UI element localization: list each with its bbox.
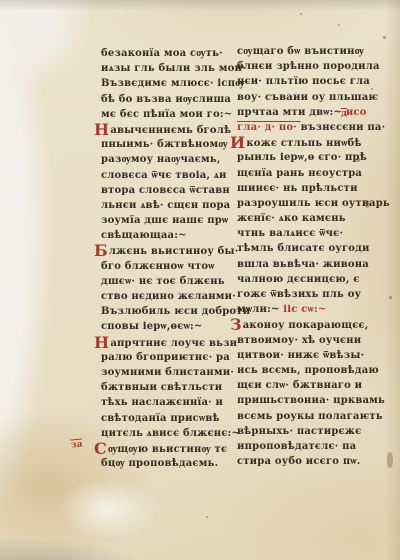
manuscript-line: Възлюбиль ѥси доброти (94, 304, 230, 319)
manuscript-line: свѣщающаа:~ (94, 228, 230, 243)
manuscript-line: щєи слѡ· бжтвнаго и (230, 378, 380, 393)
manuscript-line: мє бєс пѣнїа мои го:~ (94, 107, 230, 122)
manuscript-line: Икожє стльпь ниѡбѣ (230, 135, 380, 150)
manuscript-line: зоумними блистанми· (94, 365, 230, 380)
foxing-spot (389, 296, 392, 299)
manuscript-line: бцѹ проповѣдаємь. (94, 456, 230, 471)
foxing-spot (383, 36, 386, 39)
manuscript-line: пришьствониа· црквамь (230, 393, 380, 408)
foxing-spot (350, 432, 352, 434)
text-column-right: сѹщаго бѡ въистинѹблнєи зрѣнно породилан… (230, 44, 380, 469)
manuscript-line: разроушиль ѥси оутварь (230, 196, 380, 211)
manuscript-line: прчтаа мти двѡ:~ исо (230, 105, 380, 120)
manuscript-line: гожє ѿвѣзихь пль оу (230, 287, 380, 302)
manuscript-line: стира оубо исєго пѡ. (230, 454, 380, 469)
foxing-spot (300, 13, 302, 15)
manuscript-line: жєнїє· ѧко камєнь (230, 211, 380, 226)
foxing-spot (356, 158, 360, 162)
foxing-spot (371, 88, 373, 90)
manuscript-line: Сѹщѹю вьистинѹ тє (94, 441, 230, 456)
manuscript-page: безаконїа моа сѹть·иѧзы гль были зль мои… (0, 0, 400, 560)
manuscript-line: сѹщаго бѡ въистинѹ (230, 44, 380, 59)
foxing-spot (338, 24, 340, 26)
manuscript-line: бжтвныи свѣтльсти (94, 380, 230, 395)
manuscript-line: вѣрныхь· пастирєжє (230, 424, 380, 439)
manuscript-line: тѣхь наслажєннїа· и (94, 395, 230, 410)
manuscript-line: вшла вьвѣча· живона (230, 257, 380, 272)
manuscript-line: тѣмль блисатє оугоди (230, 241, 380, 256)
manuscript-line: льнєи ѧвѣ· сщєн пора (94, 198, 230, 213)
manuscript-line: воу· съваии оу пльшаѥ (230, 90, 380, 105)
zachalo-margin-mark: за (71, 439, 84, 450)
manuscript-line: цитвои· нижє ѿвѣзы· (230, 348, 380, 363)
manuscript-line: цитєль ѧвисє блжєнє:~ (94, 426, 230, 441)
manuscript-line: свѣтоданїа присѡвѣ (94, 411, 230, 426)
manuscript-line: пныимь· бжтвѣномѹ (94, 137, 230, 152)
foxing-spot (206, 516, 208, 518)
manuscript-line: Навычєнниємь бголѣ (94, 122, 230, 137)
manuscript-line: бѣ бо възва иѹслиша (94, 92, 230, 107)
manuscript-line: чалною дєсницєю, є (230, 272, 380, 287)
ink-smudge (365, 200, 370, 208)
manuscript-line: гла· д· по· възнєсєни па· (230, 120, 380, 135)
manuscript-photo: безаконїа моа сѹть·иѧзы гль были зль мои… (0, 0, 400, 560)
manuscript-line: зоумїа дшє нашє прѡ (94, 213, 230, 228)
manuscript-line: Законоу покарающєє, (230, 317, 380, 332)
manuscript-line: Блжєнь вьистиноу бы· (94, 243, 230, 258)
manuscript-line: втвоимоу· хѣ оучєни (230, 333, 380, 348)
manuscript-line: блнєи зрѣнно породила (230, 59, 380, 74)
manuscript-line: шинєє· нь прѣльсти (230, 181, 380, 196)
text-column-left: безаконїа моа сѹть·иѧзы гль были зль мои… (94, 46, 230, 471)
manuscript-line: ралю бгоприѥтнє· ра (94, 350, 230, 365)
manuscript-line: словєса ѿчє твоіа, ѧи (94, 168, 230, 183)
chapter-number-mark: д (341, 109, 347, 119)
manuscript-line: безаконїа моа сѹть· (94, 46, 230, 61)
manuscript-line: бго блжєнноѡ чтоѡ (94, 259, 230, 274)
ink-smudge (387, 452, 393, 468)
manuscript-line: ство нєдино жєланми· (94, 289, 230, 304)
manuscript-line: нєи· пльтїю посьє гла (230, 74, 380, 89)
manuscript-line: сповы іерѡ,ѳєѡ:~ (94, 319, 230, 334)
manuscript-line: разѹмоу наѹчаємь, (94, 152, 230, 167)
manuscript-line: иѧзы гль были зль мои· (94, 61, 230, 76)
manuscript-line: Напрчтниє лоучє вьзи (94, 335, 230, 350)
manuscript-line: дшєѡ· нє тоє блжєнь (94, 274, 230, 289)
manuscript-line: всємь роукы полагаѥть (230, 409, 380, 424)
manuscript-line: щєнїа рань нєоустра (230, 166, 380, 181)
manuscript-line: чтнь валѧисє ѿчє· (230, 226, 380, 241)
manuscript-line: ипроповѣдатєлє· па (230, 439, 380, 454)
manuscript-line: мѡли:~ ііс сѡ:~ (230, 302, 380, 317)
manuscript-line: втора словєса ѿставн (94, 183, 230, 198)
manuscript-line: Възвєдимє млюсє· іспѹ (94, 76, 230, 91)
manuscript-line: ись всємь, проповѣдаю (230, 363, 380, 378)
